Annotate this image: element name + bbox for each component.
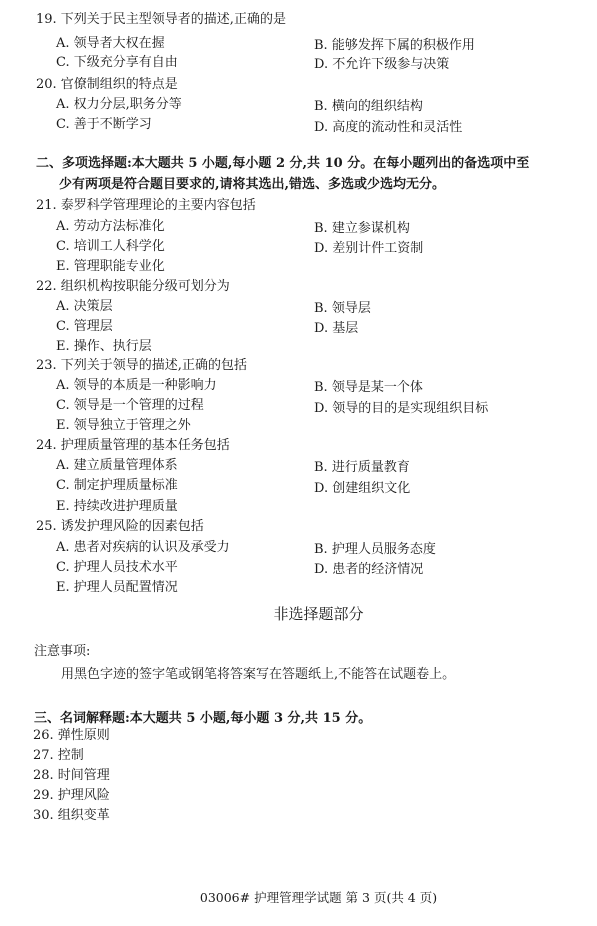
- question-22-stem: 22. 组织机构按职能分级可划分为: [36, 279, 230, 295]
- term-item-29: 29. 护理风险: [33, 788, 110, 804]
- term-item-30: 30. 组织变革: [33, 808, 110, 824]
- question-25-option-b: B. 护理人员服务态度: [314, 542, 436, 558]
- question-23-option-b: B. 领导是某一个体: [314, 380, 423, 396]
- question-20-option-d: D. 高度的流动性和灵活性: [314, 120, 462, 136]
- question-19-stem: 19. 下列关于民主型领导者的描述,正确的是: [36, 12, 286, 28]
- question-21-option-d: D. 差别计件工资制: [314, 241, 423, 257]
- question-24-option-b: B. 进行质量教育: [314, 460, 410, 476]
- question-24-option-c: C. 制定护理质量标准: [56, 478, 178, 494]
- question-21-option-b: B. 建立参谋机构: [314, 221, 410, 237]
- term-item-28: 28. 时间管理: [33, 768, 110, 784]
- term-item-26: 26. 弹性原则: [33, 728, 110, 744]
- question-21-stem: 21. 泰罗科学管理理论的主要内容包括: [36, 198, 256, 214]
- question-23-option-d: D. 领导的目的是实现组织目标: [314, 401, 488, 417]
- question-23-option-a: A. 领导的本质是一种影响力: [56, 378, 217, 394]
- question-22-option-e: E. 操作、执行层: [56, 339, 152, 355]
- question-20-option-a: A. 权力分层,职务分等: [56, 97, 182, 113]
- question-21-option-c: C. 培训工人科学化: [56, 239, 165, 255]
- section-3-heading: 三、名词解释题:本大题共 5 小题,每小题 3 分,共 15 分。: [34, 711, 371, 727]
- question-24-stem: 24. 护理质量管理的基本任务包括: [36, 438, 230, 454]
- question-23-option-c: C. 领导是一个管理的过程: [56, 398, 204, 414]
- question-19-option-b: B. 能够发挥下属的积极作用: [314, 38, 475, 54]
- part-title: 非选择题部分: [20, 605, 597, 623]
- question-25-stem: 25. 诱发护理风险的因素包括: [36, 519, 204, 535]
- question-25-option-e: E. 护理人员配置情况: [56, 580, 178, 596]
- question-25-option-c: C. 护理人员技术水平: [56, 560, 178, 576]
- notice-text: 用黑色字迹的签字笔或钢笔将答案写在答题纸上,不能答在试题卷上。: [61, 667, 455, 683]
- page-footer: 03006# 护理管理学试题 第 3 页(共 4 页): [20, 890, 597, 906]
- section-2-heading-line1: 二、多项选择题:本大题共 5 小题,每小题 2 分,共 10 分。在每小题列出的…: [36, 156, 529, 172]
- question-21-option-a: A. 劳动方法标准化: [56, 219, 165, 235]
- question-23-option-e: E. 领导独立于管理之外: [56, 418, 191, 434]
- question-20-option-c: C. 善于不断学习: [56, 117, 152, 133]
- question-19-option-a: A. 领导者大权在握: [56, 36, 165, 52]
- term-item-27: 27. 控制: [33, 748, 84, 764]
- question-22-option-a: A. 决策层: [56, 299, 113, 315]
- notice-label: 注意事项:: [34, 644, 90, 660]
- question-25-option-d: D. 患者的经济情况: [314, 562, 423, 578]
- section-2-heading-line2: 少有两项是符合题目要求的,请将其选出,错选、多选或少选均无分。: [59, 177, 445, 193]
- question-21-option-e: E. 管理职能专业化: [56, 259, 165, 275]
- question-24-option-a: A. 建立质量管理体系: [56, 458, 178, 474]
- exam-page: 19. 下列关于民主型领导者的描述,正确的是 A. 领导者大权在握 B. 能够发…: [0, 0, 597, 926]
- question-22-option-d: D. 基层: [314, 321, 358, 337]
- question-24-option-e: E. 持续改进护理质量: [56, 499, 178, 515]
- question-19-option-d: D. 不允许下级参与决策: [314, 57, 449, 73]
- question-20-stem: 20. 官僚制组织的特点是: [36, 77, 178, 93]
- question-23-stem: 23. 下列关于领导的描述,正确的包括: [36, 358, 247, 374]
- question-22-option-c: C. 管理层: [56, 319, 113, 335]
- question-19-option-c: C. 下级充分享有自由: [56, 55, 178, 71]
- question-24-option-d: D. 创建组织文化: [314, 481, 410, 497]
- question-22-option-b: B. 领导层: [314, 301, 371, 317]
- question-20-option-b: B. 横向的组织结构: [314, 99, 423, 115]
- question-25-option-a: A. 患者对疾病的认识及承受力: [56, 540, 230, 556]
